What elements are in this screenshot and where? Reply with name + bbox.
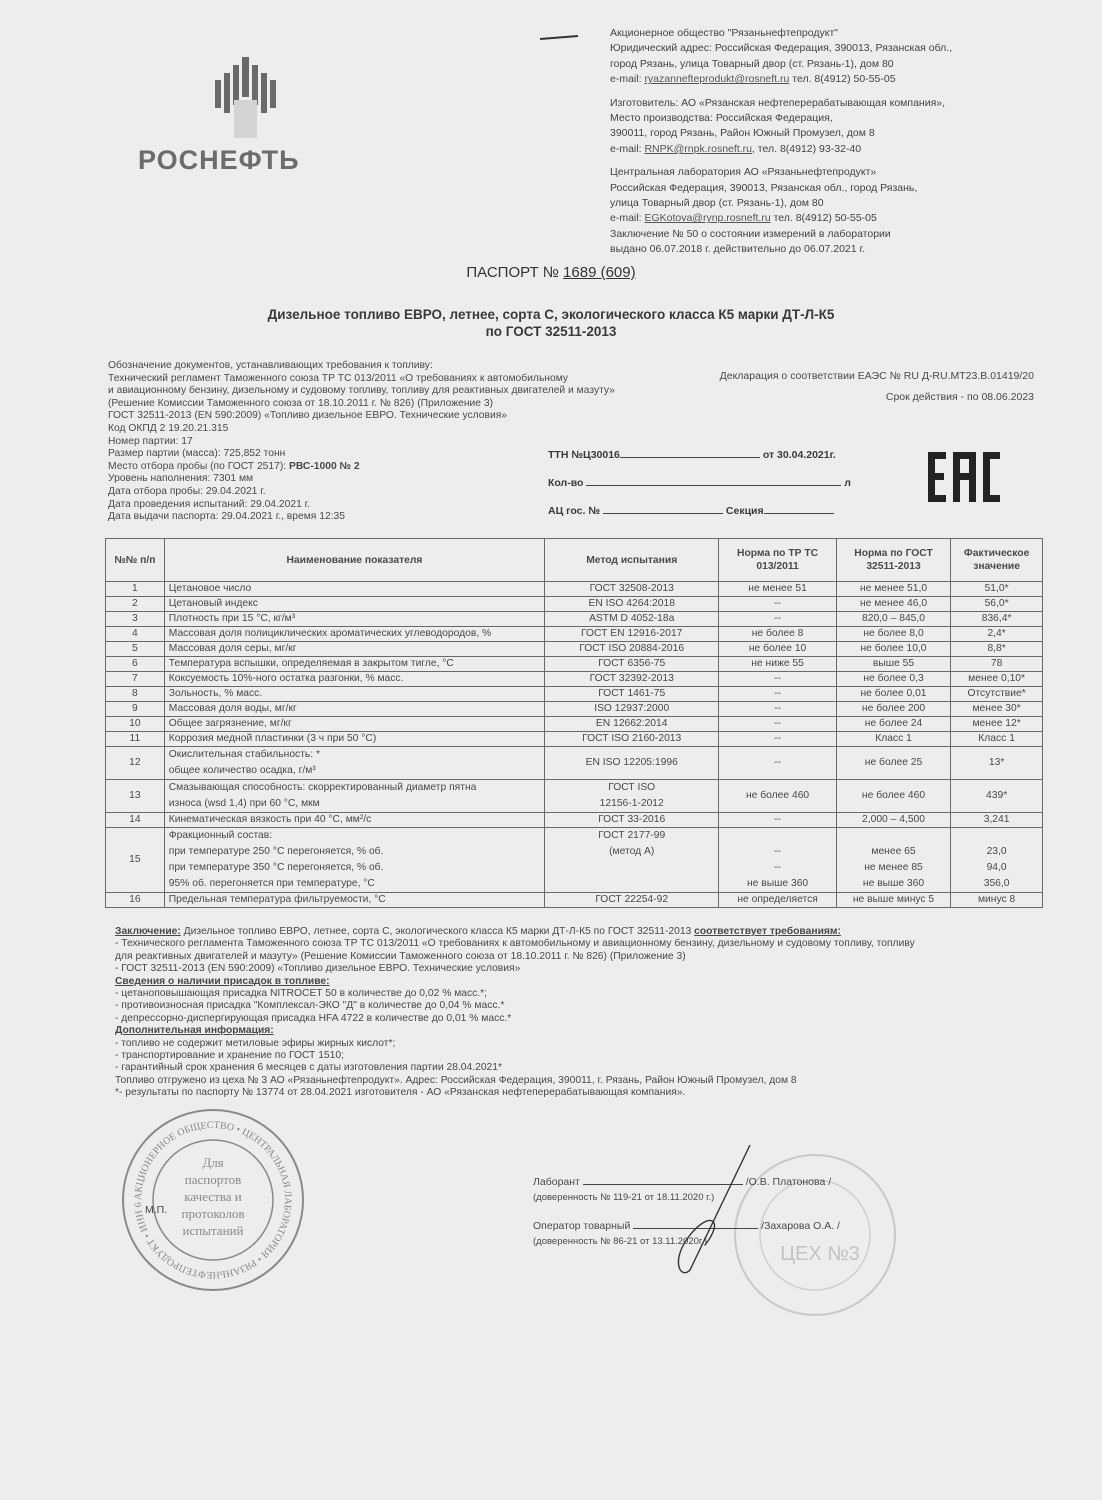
title-prefix: ПАСПОРТ № [466,264,563,281]
rosneft-logo-icon [212,55,282,140]
test-method: ASTM D 4052-18a [545,612,719,627]
indicator-name: Фракционный состав:при температуре 250 °… [164,828,544,893]
extra-info-heading: Дополнительная информация: [115,1025,1045,1037]
requirement-line: для реактивных двигателей и мазуту» (Реш… [115,951,1045,963]
norm-gost: не более 8,0 [836,627,950,642]
legal-address: Юридический адрес: Российская Федерация,… [610,41,1030,56]
conclusion-label: Заключение: [115,926,181,937]
table-row: 15Фракционный состав:при температуре 250… [106,828,1043,893]
info-line: Обозначение документов, устанавливающих … [108,360,688,373]
table-row: 3Плотность при 15 °С, кг/м³ASTM D 4052-1… [106,612,1043,627]
norm-tr-ts: -- [719,702,837,717]
norm-tr-ts: не более 460 [719,780,837,813]
extra-info-item: - топливо не содержит метиловые эфиры жи… [115,1038,1045,1050]
col-header-name: Наименование показателя [164,539,544,582]
ttn-date: от 30.04.2021г. [760,449,836,461]
declaration-number: Декларация о соответствии ЕАЭС № RU Д-RU… [690,366,1034,387]
info-line: Технический регламент Таможенного союза … [108,373,688,386]
test-method: ГОСТ 22254-92 [545,893,719,908]
actual-value: менее 30* [951,702,1043,717]
col-header-norm-gost: Норма по ГОСТ 32511-2013 [836,539,950,582]
quantity-field[interactable] [586,474,841,486]
phone: , тел. 8(4912) 93-32-40 [752,143,861,155]
actual-value: 3,241 [951,813,1043,828]
extra-info-item: *- результаты по паспорту № 13774 от 28.… [115,1087,1045,1099]
company-name: Акционерное общество "Рязаньнефтепродукт… [610,26,1030,41]
indicator-name: Цетановый индекс [164,597,544,612]
additives-heading: Сведения о наличии присадок в топливе: [115,976,1045,988]
row-number: 11 [106,732,165,747]
norm-tr-ts: не более 10 [719,642,837,657]
shipping-fields: ТТН №Ц30016 от 30.04.2021г. Кол-во л АЦ … [548,446,851,530]
test-method: ГОСТ EN 12916-2017 [545,627,719,642]
phone: тел. 8(4912) 50-55-05 [771,212,877,224]
indicator-name: Предельная температура фильтруемости, °С [164,893,544,908]
indicator-name: Коррозия медной пластинки (3 ч при 50 °С… [164,732,544,747]
norm-gost: не более 0,3 [836,672,950,687]
tank-label: АЦ гос. № [548,505,603,517]
norm-tr-ts: -- [719,597,837,612]
actual-value: 23,094,0356,0 [951,828,1043,893]
extra-info-item: - гарантийный срок хранения 6 месяцев с … [115,1062,1045,1074]
actual-value: менее 12* [951,717,1043,732]
indicator-name: Температура вспышки, определяемая в закр… [164,657,544,672]
table-row: 6Температура вспышки, определяемая в зак… [106,657,1043,672]
norm-tr-ts: -- [719,612,837,627]
indicator-name: Массовая доля воды, мг/кг [164,702,544,717]
ttn-label: ТТН №Ц30016 [548,449,620,461]
norm-tr-ts: -- [719,747,837,780]
norm-gost: 820,0 – 845,0 [836,612,950,627]
email-label: e-mail: [610,212,644,224]
test-method: EN ISO 4264:2018 [545,597,719,612]
lab-stamp-icon: АКЦИОНЕРНОЕ ОБЩЕСТВО • ЦЕНТРАЛЬНАЯ ЛАБОР… [118,1105,308,1295]
info-line: (Решение Комиссии Таможенного союза от 1… [108,398,688,411]
actual-value: Класс 1 [951,732,1043,747]
section-field[interactable] [764,502,834,514]
declaration: Декларация о соответствии ЕАЭС № RU Д-RU… [690,366,1034,408]
conclusion-section: Заключение: Дизельное топливо ЕВРО, летн… [115,926,1045,1100]
row-number: 2 [106,597,165,612]
table-row: 1Цетановое числоГОСТ 32508-2013не менее … [106,582,1043,597]
row-number: 1 [106,582,165,597]
svg-text:Для: Для [202,1155,223,1170]
manufacturer: Изготовитель: АО «Рязанская нефтеперераб… [610,96,1030,111]
company-header: Акционерное общество "Рязаньнефтепродукт… [610,26,1030,266]
email-label: e-mail: [610,73,644,85]
phone: тел. 8(4912) 50-55-05 [789,73,895,85]
test-method: ГОСТ 6356-75 [545,657,719,672]
norm-tr-ts: -- [719,813,837,828]
brand-name: РОСНЕФТЬ [138,145,300,176]
table-row: 5Массовая доля серы, мг/кгГОСТ ISO 20884… [106,642,1043,657]
indicator-name: Коксуемость 10%-ного остатка разгонки, %… [164,672,544,687]
subtitle-line: Дизельное топливо ЕВРО, летнее, сорта С,… [0,306,1102,323]
norm-gost: Класс 1 [836,732,950,747]
indicator-name: Окислительная стабильность: *общее колич… [164,747,544,780]
actual-value: минус 8 [951,893,1043,908]
row-number: 16 [106,893,165,908]
test-method: ГОСТ ISO 20884-2016 [545,642,719,657]
info-line: Код ОКПД 2 19.20.21.315 [108,423,688,436]
table-row: 11Коррозия медной пластинки (3 ч при 50 … [106,732,1043,747]
table-row: 16Предельная температура фильтруемости, … [106,893,1043,908]
test-method: EN ISO 12205:1996 [545,747,719,780]
actual-value: 13* [951,747,1043,780]
actual-value: 51,0* [951,582,1043,597]
test-results-table: №№ п/п Наименование показателя Метод исп… [105,538,1043,908]
test-method: ГОСТ ISO12156-1-2012 [545,780,719,813]
indicator-name: Зольность, % масс. [164,687,544,702]
passport-number: 1689 (609) [563,264,636,281]
norm-gost: не менее 51,0 [836,582,950,597]
quantity-label: Кол-во [548,477,586,489]
pen-mark [540,35,580,41]
tank-number-field[interactable] [603,502,723,514]
norm-gost: не менее 46,0 [836,597,950,612]
quantity-unit: л [841,477,851,489]
indicator-name: Плотность при 15 °С, кг/м³ [164,612,544,627]
operator-signer-name: /Захарова О.А. / [758,1220,840,1232]
legal-address-cont: город Рязань, улица Товарный двор (ст. Р… [610,57,1030,72]
norm-gost: не более 25 [836,747,950,780]
norm-tr-ts: не более 8 [719,627,837,642]
svg-text:паспортов: паспортов [185,1172,241,1187]
handwritten-signature-icon [650,1140,760,1280]
row-number: 8 [106,687,165,702]
norm-gost: не более 24 [836,717,950,732]
norm-tr-ts: -- [719,732,837,747]
col-header-actual: Фактическое значение [951,539,1043,582]
actual-value: 836,4* [951,612,1043,627]
actual-value: 8,8* [951,642,1043,657]
email-link-company[interactable]: ryazannefteprodukt@rosneft.ru [644,73,789,85]
col-header-method: Метод испытания [545,539,719,582]
row-number: 5 [106,642,165,657]
additive-item: - цетаноповышающая присадка NITROCET 50 … [115,988,1045,1000]
test-method: ГОСТ 32392-2013 [545,672,719,687]
row-number: 4 [106,627,165,642]
lab-name: Центральная лаборатория АО «Рязаньнефтеп… [610,165,1030,180]
row-number: 15 [106,828,165,893]
ttn-field[interactable] [620,446,760,458]
test-method: ГОСТ ISO 2160-2013 [545,732,719,747]
extra-info-item: Топливо отгружено из цеха № 3 АО «Рязань… [115,1075,1045,1087]
row-number: 6 [106,657,165,672]
col-header-norm-tr: Норма по ТР ТС 013/2011 [719,539,837,582]
row-number: 3 [106,612,165,627]
norm-tr-ts: не определяется [719,893,837,908]
table-row: 2Цетановый индексEN ISO 4264:2018--не ме… [106,597,1043,612]
norm-gost: не более 10,0 [836,642,950,657]
conclusion-text: Дизельное топливо ЕВРО, летнее, сорта С,… [181,926,694,937]
row-number: 10 [106,717,165,732]
norm-gost: не более 200 [836,702,950,717]
actual-value: 2,4* [951,627,1043,642]
sample-place-value: РВС-1000 № 2 [289,461,360,472]
norm-tr-ts: ----не выше 360 [719,828,837,893]
table-row: 12Окислительная стабильность: *общее кол… [106,747,1043,780]
lab-conclusion-validity: выдано 06.07.2018 г. действительно до 06… [610,242,1030,257]
info-line: и авиационному бензину, дизельному и суд… [108,385,688,398]
indicator-name: Смазывающая способность: скорректированн… [164,780,544,813]
production-address: 390011, город Рязань, Район Южный Промуз… [610,126,1030,141]
requirement-line: - Технического регламента Таможенного со… [115,938,1045,950]
row-number: 12 [106,747,165,780]
actual-value: Отсутствие* [951,687,1043,702]
svg-text:испытаний: испытаний [183,1223,244,1238]
indicator-name: Общее загрязнение, мг/кг [164,717,544,732]
lab-address: Российская Федерация, 390013, Рязанская … [610,181,1030,196]
table-row: 7Коксуемость 10%-ного остатка разгонки, … [106,672,1043,687]
section-label: Секция [723,505,764,517]
row-number: 13 [106,780,165,813]
norm-tr-ts: не ниже 55 [719,657,837,672]
norm-gost: не более 460 [836,780,950,813]
eac-mark-icon [928,452,1000,502]
indicator-name: Массовая доля полициклических ароматичес… [164,627,544,642]
declaration-validity: Срок действия - по 08.06.2023 [690,387,1034,408]
test-method: ISO 12937:2000 [545,702,719,717]
norm-tr-ts: -- [719,717,837,732]
actual-value: 78 [951,657,1043,672]
company-logo: РОСНЕФТЬ [130,55,360,175]
test-method: ГОСТ 32508-2013 [545,582,719,597]
svg-text:качества и: качества и [184,1189,241,1204]
norm-tr-ts: не менее 51 [719,582,837,597]
col-header-number: №№ п/п [106,539,165,582]
operator-role: Оператор товарный [533,1220,633,1232]
norm-gost: не выше минус 5 [836,893,950,908]
row-number: 14 [106,813,165,828]
email-link-manufacturer[interactable]: RNPK@rnpk.rosneft.ru [644,143,752,155]
sample-place-label: Место отбора пробы (по ГОСТ 2517): [108,461,289,472]
info-line: ГОСТ 32511-2013 (EN 590:2009) «Топливо д… [108,410,688,423]
table-header-row: №№ п/п Наименование показателя Метод исп… [106,539,1043,582]
norm-tr-ts: -- [719,672,837,687]
table-row: 14Кинематическая вязкость при 40 °С, мм²… [106,813,1043,828]
test-method: EN 12662:2014 [545,717,719,732]
actual-value: 56,0* [951,597,1043,612]
lab-role: Лаборант [533,1176,583,1188]
table-row: 13Смазывающая способность: скорректирова… [106,780,1043,813]
product-subtitle: Дизельное топливо ЕВРО, летнее, сорта С,… [0,306,1102,340]
requirement-line: - ГОСТ 32511-2013 (EN 590:2009) «Топливо… [115,963,1045,975]
norm-tr-ts: -- [719,687,837,702]
row-number: 7 [106,672,165,687]
row-number: 9 [106,702,165,717]
lab-address-cont: улица Товарный двор (ст. Рязань-1), дом … [610,196,1030,211]
norm-gost: менее 65не менее 85не выше 360 [836,828,950,893]
table-row: 4Массовая доля полициклических ароматиче… [106,627,1043,642]
svg-text:протоколов: протоколов [182,1206,245,1221]
actual-value: 439* [951,780,1043,813]
actual-value: менее 0,10* [951,672,1043,687]
test-method: ГОСТ 33-2016 [545,813,719,828]
additive-item: - противоизносная присадка "Комплексал-Э… [115,1000,1045,1012]
additive-item: - депрессорно-диспергирующая присадка HF… [115,1013,1045,1025]
production-place: Место производства: Российская Федерация… [610,111,1030,126]
email-link-lab[interactable]: EGKotova@rynp.rosneft.ru [644,212,770,224]
norm-gost: 2,000 – 4,500 [836,813,950,828]
indicator-name: Кинематическая вязкость при 40 °С, мм²/с [164,813,544,828]
table-row: 8Зольность, % масс.ГОСТ 1461-75--не боле… [106,687,1043,702]
table-row: 9Массовая доля воды, мг/кгISO 12937:2000… [106,702,1043,717]
indicator-name: Цетановое число [164,582,544,597]
table-row: 10Общее загрязнение, мг/кгEN 12662:2014-… [106,717,1043,732]
subtitle-line: по ГОСТ 32511-2013 [0,323,1102,340]
test-method: ГОСТ 2177-99(метод А) [545,828,719,893]
indicator-name: Массовая доля серы, мг/кг [164,642,544,657]
test-method: ГОСТ 1461-75 [545,687,719,702]
extra-info-item: - транспортирование и хранение по ГОСТ 1… [115,1050,1045,1062]
stamp-place-label: М.П. [145,1204,167,1216]
conclusion-complies: соответствует требованиям: [694,926,841,937]
page-title: ПАСПОРТ № 1689 (609) [0,264,1102,281]
lab-conclusion: Заключение № 50 о состоянии измерений в … [610,227,1030,242]
norm-gost: выше 55 [836,657,950,672]
norm-gost: не более 0,01 [836,687,950,702]
email-label: e-mail: [610,143,644,155]
